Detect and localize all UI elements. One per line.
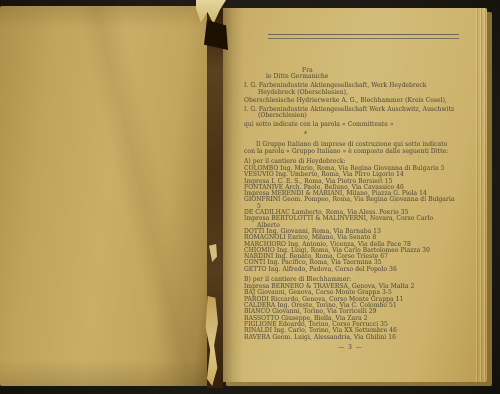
page-number: — 3 — xyxy=(244,345,457,351)
left-page-crease xyxy=(0,6,212,386)
header-double-rule xyxy=(268,34,459,39)
gruppo-paragraph: Il Gruppo Italiano di imprese di costruz… xyxy=(244,142,457,154)
section-separator-asterisk: * xyxy=(244,132,457,138)
committenti-note: qui sotto indicate con la parola « Commi… xyxy=(244,122,457,128)
book-photo: Fra le Ditte Germaniche I. G. Farbenindu… xyxy=(0,0,500,394)
section-b-entries: Impresa BERNERO & TRAVERSA, Genova, Via … xyxy=(244,284,457,341)
committente-item: I. G. Farbenindustrie Aktiengesellschaft… xyxy=(244,83,457,95)
right-page-edge-stack xyxy=(476,8,487,382)
right-page-gutter-shadow xyxy=(221,8,243,382)
intro-line-ditte: le Ditte Germaniche xyxy=(244,74,457,80)
right-page: Fra le Ditte Germaniche I. G. Farbenindu… xyxy=(221,8,487,382)
committenti-list: I. G. Farbenindustrie Aktiengesellschaft… xyxy=(244,83,457,119)
committente-item: Oberschlesische Hydrierwerke A. G., Blec… xyxy=(244,98,457,104)
left-page xyxy=(0,6,212,386)
section-a-entries: COLOMBO Ing. Mario, Roma, Via Regina Gio… xyxy=(244,166,457,273)
firm-entry: GETTO Ing. Alfredo, Padova, Corso del Po… xyxy=(244,267,457,273)
committente-item: I. G. Farbenindustrie Aktiengesellschaft… xyxy=(244,107,457,119)
firm-entry: RAVERA Geom. Luigi, Alessandria, Via Ghi… xyxy=(244,335,457,341)
page-text-block: Fra le Ditte Germaniche I. G. Farbenindu… xyxy=(244,68,457,351)
section-a-heading: A) per il cantiere di Heydebreck: xyxy=(244,159,457,165)
